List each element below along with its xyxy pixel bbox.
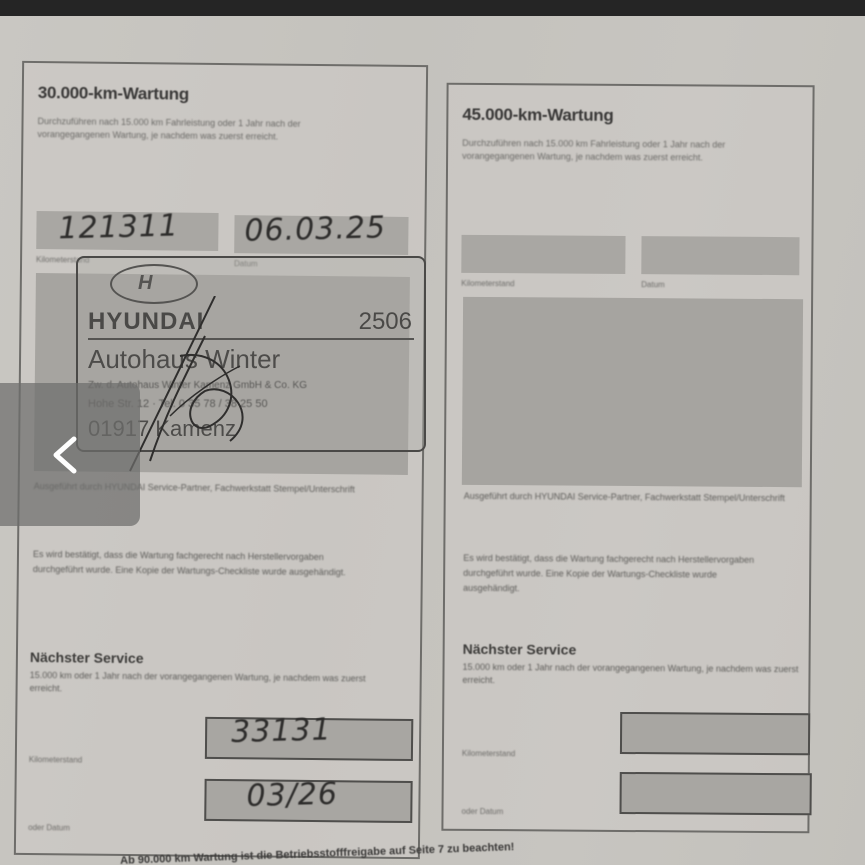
- viewer-top-bar: [0, 0, 865, 16]
- stamp-area: [462, 297, 803, 487]
- service-description: Durchzuführen nach 15.000 km Fahrleistun…: [462, 137, 762, 165]
- date-field: [641, 236, 799, 275]
- next-mileage-handwritten: 33131: [231, 712, 332, 749]
- performed-by-text: Ausgeführt durch HYUNDAI Service-Partner…: [464, 489, 800, 506]
- page-title: 30.000-km-Wartung: [38, 83, 189, 105]
- stamp-dealer-code: 2506: [359, 308, 412, 336]
- service-description: Durchzuführen nach 15.000 km Fahrleistun…: [37, 115, 337, 144]
- date-handwritten: 06.03.25: [244, 210, 386, 248]
- next-mileage-label: Kilometerstand: [29, 755, 82, 765]
- next-service-heading: Nächster Service: [30, 649, 144, 666]
- next-mileage-label: Kilometerstand: [462, 749, 515, 758]
- previous-image-button[interactable]: [0, 383, 140, 526]
- mileage-label: Kilometerstand: [461, 279, 514, 288]
- next-service-heading: Nächster Service: [463, 641, 577, 658]
- confirmation-text: Es wird bestätigt, dass die Wartung fach…: [33, 547, 373, 581]
- page-45000-km-service: 45.000-km-Wartung Durchzuführen nach 15.…: [441, 83, 814, 834]
- next-mileage-field: [620, 712, 810, 755]
- confirmation-text: Es wird bestätigt, dass die Wartung fach…: [463, 551, 773, 598]
- next-service-description: 15.000 km oder 1 Jahr nach der vorangega…: [462, 661, 802, 689]
- next-date-label: oder Datum: [461, 807, 503, 816]
- date-label: Datum: [641, 280, 665, 289]
- next-date-field: [620, 772, 812, 815]
- next-service-description: 15.000 km oder 1 Jahr nach der vorangega…: [30, 669, 400, 699]
- next-date-label: oder Datum: [28, 823, 70, 832]
- next-date-handwritten: 03/26: [246, 777, 338, 814]
- mileage-handwritten: 121311: [58, 208, 179, 246]
- chevron-left-icon: [50, 435, 80, 475]
- page-title: 45.000-km-Wartung: [462, 105, 613, 126]
- mileage-field: [461, 235, 625, 274]
